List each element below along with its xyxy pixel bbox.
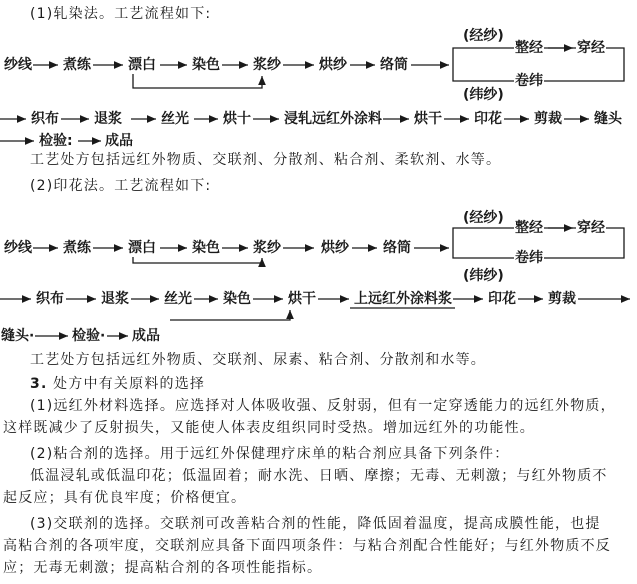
flow-step: 退浆: [100, 291, 130, 307]
flow-step: 漂白: [127, 240, 157, 256]
item3-line2: 高粘合剂的各项牢度，交联剂应具备下面四项条件：与粘合剂配合性能好；与红外物质不反: [3, 538, 611, 555]
flow-step: 织布: [35, 291, 65, 307]
flow-step: 纱线: [3, 57, 33, 73]
section3-number: 3.: [30, 376, 47, 392]
flow-step: 染色: [222, 291, 252, 307]
warp-yarn-label: (经纱): [462, 210, 505, 226]
flow-step: 染色: [191, 240, 221, 256]
flow-step: 煮练: [62, 240, 92, 256]
flow-step: 卷纬: [514, 73, 544, 89]
item1-line2: 这样既减少了反射损失，又能使人体表皮组织同时受热。增加远红外的功能性。: [3, 420, 535, 437]
flow-step: 丝光: [160, 111, 190, 127]
section2-heading: (2)印花法。工艺流程如下:: [30, 178, 211, 195]
flow-step: 检验·: [71, 328, 106, 344]
flow-step: 染色: [191, 57, 221, 73]
flow-step: 剪裁: [547, 291, 577, 307]
flow-step: 织布: [30, 111, 60, 127]
flow-step: 纱线: [3, 240, 33, 256]
section3-heading: 3. 处方中有关原料的选择: [30, 376, 205, 393]
flow-step: 退浆: [93, 111, 123, 127]
flow-step: 烘纱: [318, 57, 348, 73]
section1-recipe: 工艺处方包括远红外物质、交联剂、分散剂、粘合剂、柔软剂、水等。: [30, 152, 501, 169]
flow-step: 卷纬: [514, 250, 544, 266]
flow-step: 烘十: [222, 111, 252, 127]
flow-step: 煮练: [62, 57, 92, 73]
item2-line3: 起反应；具有优良牢度；价格便宜。: [3, 490, 246, 507]
flow-step: 检验:: [38, 133, 74, 149]
section1-heading: (1)轧染法。工艺流程如下:: [30, 6, 211, 23]
flow-step: 缝头: [593, 111, 623, 127]
weft-yarn-label: (纬纱): [462, 87, 505, 103]
flow-step: 漂白: [127, 57, 157, 73]
flow-step: 浸轧远红外涂料: [283, 111, 383, 127]
item3-line1: (3)交联剂的选择。交联剂可改善粘合剂的性能，降低固着温度，提高成膜性能，也提: [30, 516, 601, 533]
section3-title: 处方中有关原料的选择: [53, 376, 205, 392]
flow-step: 缝头·: [0, 328, 35, 344]
item1-line1: (1)远红外材料选择。应选择对人体吸收强、反射弱，但有一定穿透能力的远红外物质，: [30, 398, 616, 415]
document-page: (1)轧染法。工艺流程如下:: [0, 0, 637, 584]
flow-step: 络筒: [382, 240, 412, 256]
weft-yarn-label: (纬纱): [462, 268, 505, 284]
item3-line3: 应；无毒无刺激；提高粘合剂的各项性能指标。: [3, 560, 322, 577]
flow-step: 浆纱: [252, 57, 282, 73]
item2-line2: 低温浸轧或低温印花；低温固着；耐水洗、日晒、摩擦；无毒、无刺激；与红外物质不: [30, 468, 608, 485]
flow-step: 剪裁: [533, 111, 563, 127]
flow-step: 烘干: [287, 291, 317, 307]
flow-step: 烘干: [413, 111, 443, 127]
flow-step: 穿经: [576, 220, 606, 236]
flow-step: 整经: [514, 40, 544, 56]
section2-recipe: 工艺处方包括远红外物质、交联剂、尿素、粘合剂、分散剂和水等。: [30, 352, 486, 369]
flow-step: 络筒: [379, 57, 409, 73]
flow-step: 印花: [473, 111, 503, 127]
flowchart-pad-dyeing: 纱线 煮练 漂白 染色 浆纱 烘纱 络筒 (经纱) 整经 穿经 卷纬 (纬纱) …: [0, 25, 637, 155]
flow-step: 烘纱: [320, 240, 350, 256]
flow-step: 成品: [104, 133, 134, 149]
warp-yarn-label: (经纱): [462, 28, 505, 44]
flow-step: 浆纱: [252, 240, 282, 256]
flow-step: 成品: [131, 328, 161, 344]
flowchart-printing: 纱线 煮练 漂白 染色 浆纱 烘纱 络筒 (经纱) 整经 穿经 卷纬 (纬纱) …: [0, 205, 637, 350]
flow-step: 穿经: [576, 40, 606, 56]
flow-step: 上远红外涂料浆: [353, 291, 453, 307]
flow-step: 整经: [514, 220, 544, 236]
flow-step: 印花: [487, 291, 517, 307]
item2-line1: (2)粘合剂的选择。用于远红外保健理疗床单的粘合剂应具备下列条件：: [30, 446, 509, 463]
flow-step: 丝光: [163, 291, 193, 307]
